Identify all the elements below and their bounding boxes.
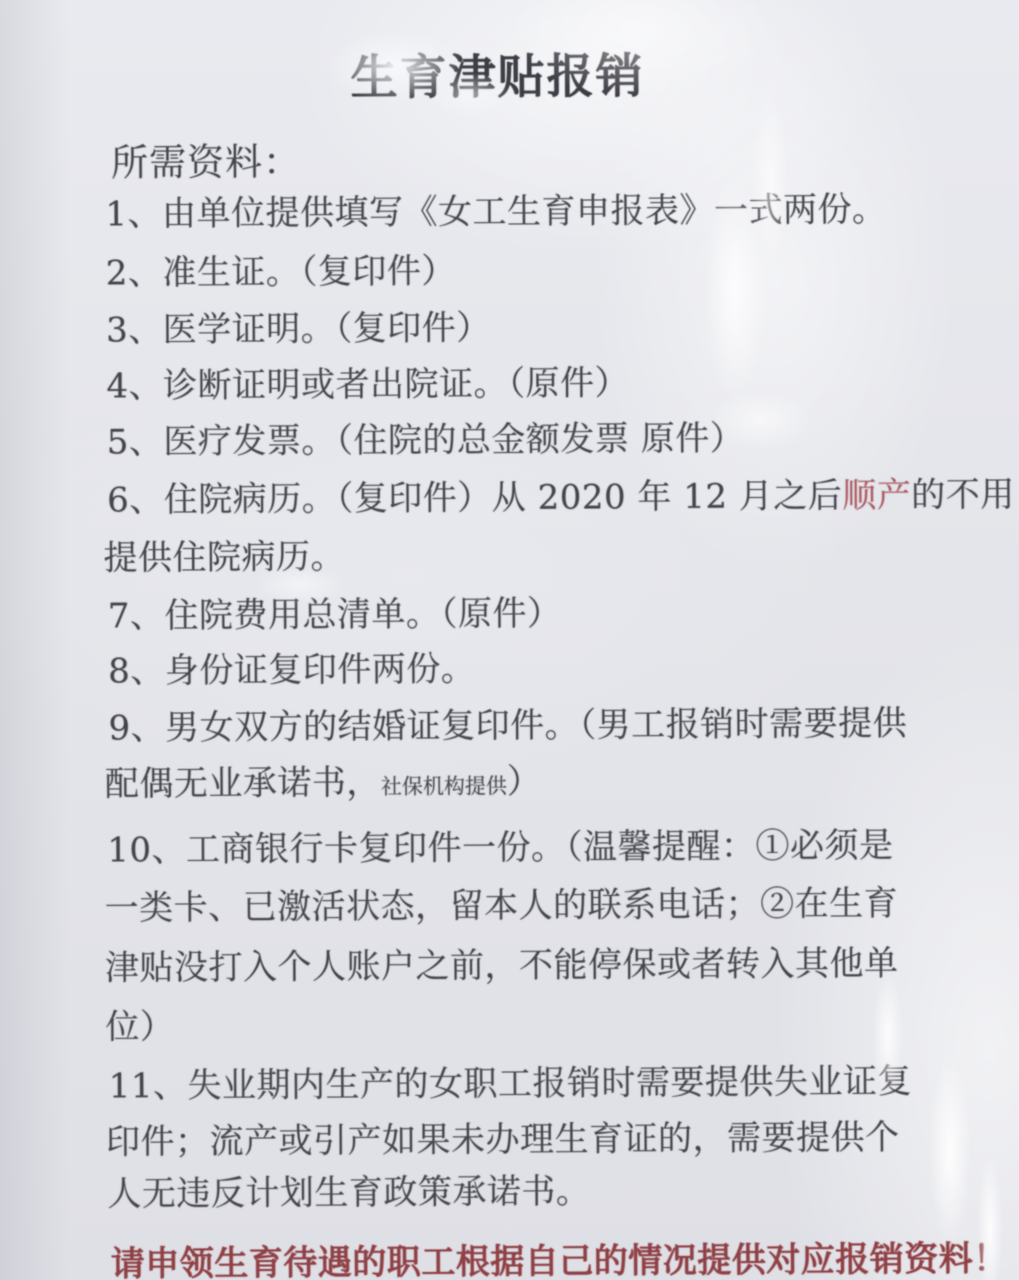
- item-9: 9、男女双方的结婚证复印件。（男工报销时需要提供: [108, 696, 907, 750]
- item-10-continuation-1: 一类卡、已激活状态，留本人的联系电话；②在生育: [104, 876, 898, 930]
- item-3: 3、医学证明。（复印件）: [106, 300, 491, 351]
- item-9-cont-smalltext: 社保机构提供: [381, 774, 507, 799]
- item-6-continuation: 提供住院病历。: [103, 529, 345, 579]
- document-photo: 生育津贴报销 所需资料： 1、由单位提供填写《女工生育申报表》一式两份。 2、准…: [0, 0, 1019, 1280]
- item-5: 5、医疗发票。（住院的总金额发票 原件）: [107, 411, 745, 464]
- section-heading: 所需资料：: [111, 131, 301, 186]
- item-9-cont-close: ）: [507, 762, 542, 802]
- item-11-continuation-2: 人无违反计划生育政策承诺书。: [107, 1164, 590, 1216]
- item-6-text: 6、住院病历。（复印件）从 2020 年 12 月之后: [107, 476, 842, 520]
- document-text: 生育津贴报销 所需资料： 1、由单位提供填写《女工生育申报表》一式两份。 2、准…: [0, 0, 1019, 1280]
- item-10-continuation-2: 津贴没打入个人账户之前，不能停保或者转入其他单: [105, 936, 899, 990]
- item-1: 1、由单位提供填写《女工生育申报表》一式两份。: [105, 182, 886, 236]
- item-11: 11、失业期内生产的女职工报销时需要提供失业证复: [109, 1054, 913, 1108]
- item-7: 7、住院费用总清单。（原件）: [108, 586, 562, 638]
- item-6-highlight: 顺产: [842, 476, 911, 516]
- item-8: 8、身份证复印件两份。: [108, 641, 475, 692]
- item-2: 2、准生证。（复印件）: [106, 243, 456, 294]
- item-9-cont-text: 配偶无业承诺书，: [105, 763, 381, 805]
- item-6: 6、住院病历。（复印件）从 2020 年 12 月之后顺产的不用: [107, 467, 1015, 522]
- item-6-tail: 的不用: [911, 475, 1015, 516]
- item-4: 4、诊断证明或者出院证。（原件）: [106, 355, 629, 407]
- footer-notice: 请申领生育待遇的职工根据自己的情况提供对应报销资料！: [111, 1231, 1008, 1280]
- item-11-continuation-1: 印件；流产或引产如果未办理生育证的，需要提供个: [106, 1110, 900, 1164]
- item-10: 10、工商银行卡复印件一份。（温馨提醒：①必须是: [107, 818, 894, 872]
- item-9-continuation: 配偶无业承诺书，社保机构提供）: [105, 754, 542, 806]
- item-10-continuation-3: 位）: [105, 999, 174, 1048]
- page-title: 生育津贴报销: [350, 39, 644, 108]
